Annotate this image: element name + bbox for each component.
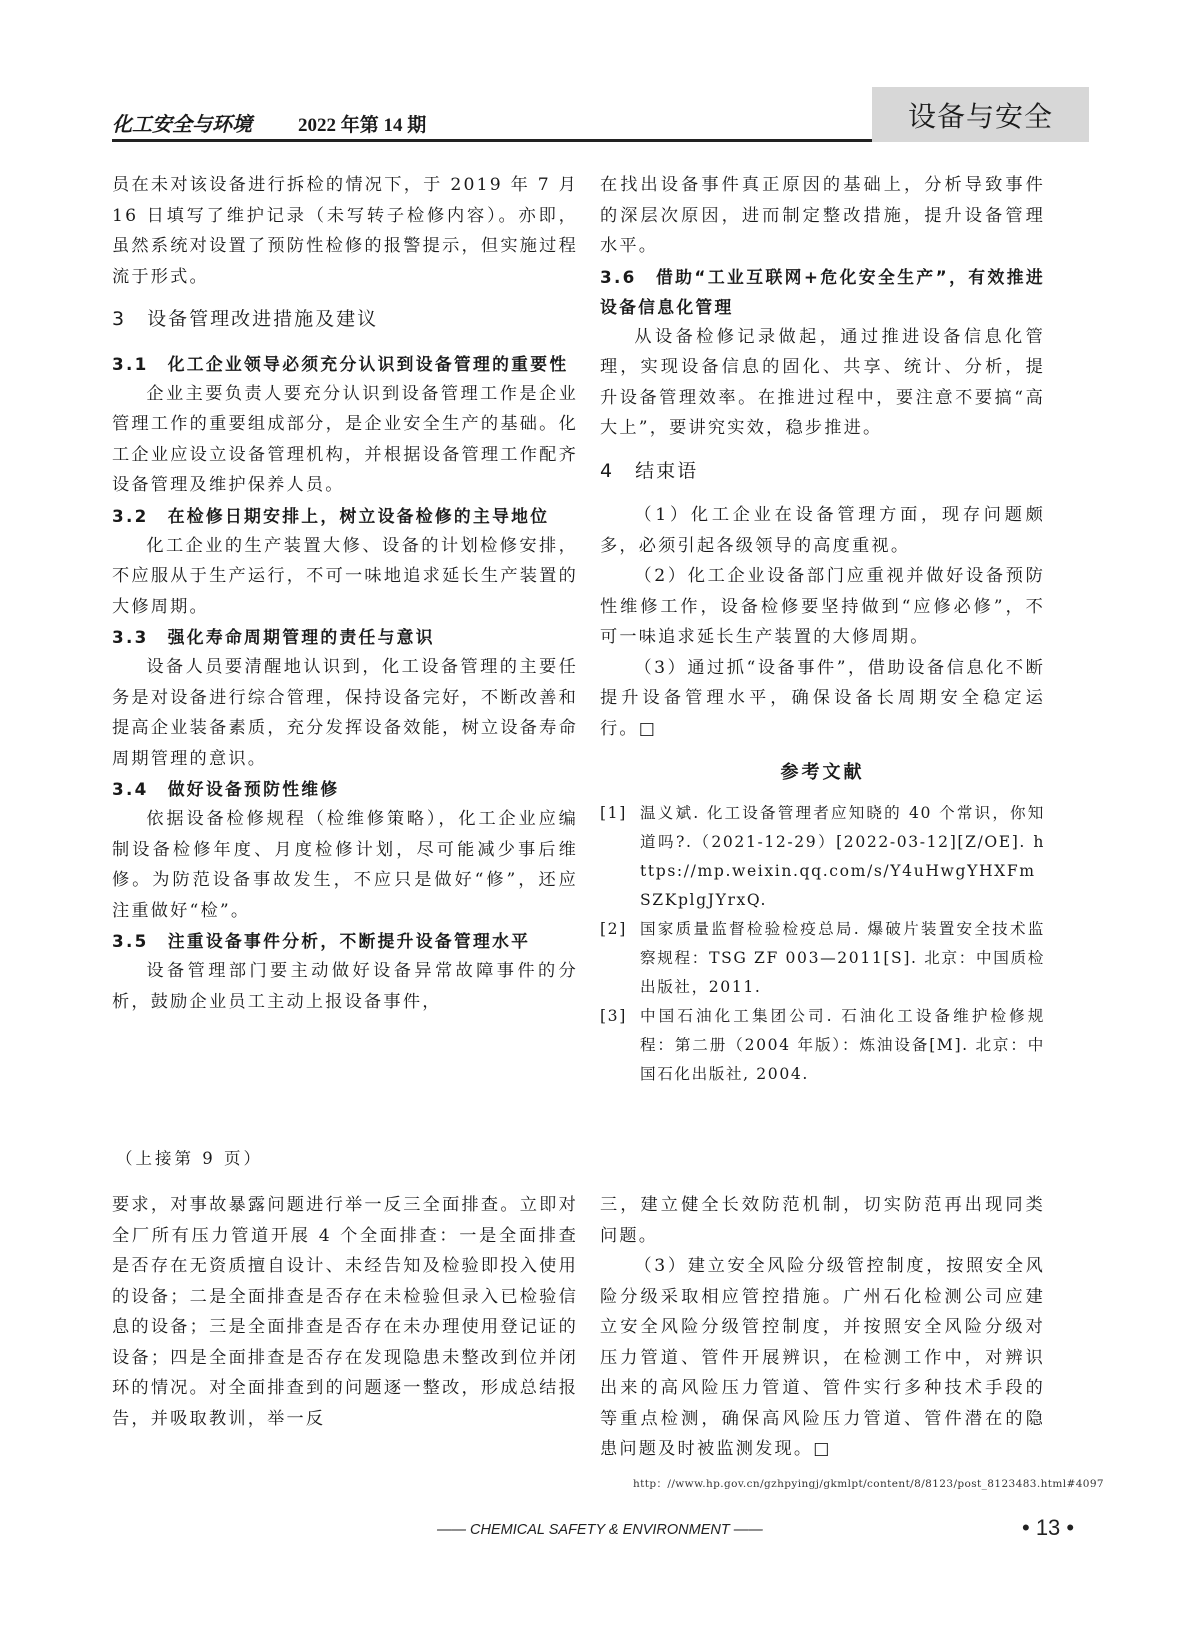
running-header: 化工安全与环境 2022 年第 14 期 — [112, 108, 872, 138]
paragraph: 员在未对该设备进行拆检的情况下，于 2019 年 7 月 16 日填写了维护记录… — [112, 170, 578, 292]
page-number: • 13 • — [1022, 1515, 1074, 1541]
paragraph: 在找出设备事件真正原因的基础上，分析导致事件的深层次原因，进而制定整改措施，提升… — [600, 170, 1045, 262]
source-url: http：//www.hp.gov.cn/gzhpyingj/gkmlpt/co… — [633, 1476, 1104, 1491]
reference-item: [3] 中国石油化工集团公司. 石油化工设备维护检修规程：第二册（2004 年版… — [600, 1002, 1045, 1089]
wavy-divider — [112, 1104, 1087, 1112]
right-column: 在找出设备事件真正原因的基础上，分析导致事件的深层次原因，进而制定整改措施，提升… — [600, 170, 1045, 1089]
reference-text: 国家质量监督检验检疫总局. 爆破片装置安全技术监察规程：TSG ZF 003—2… — [640, 915, 1045, 1002]
reference-text: 中国石油化工集团公司. 石油化工设备维护检修规程：第二册（2004 年版）：炼油… — [640, 1002, 1045, 1089]
left-column: 员在未对该设备进行拆检的情况下，于 2019 年 7 月 16 日填写了维护记录… — [112, 170, 578, 1017]
section-heading-3: 3 设备管理改进措施及建议 — [112, 304, 578, 335]
continuation-right-column: 三，建立健全长效防范机制，切实防范再出现同类问题。 （3）建立安全风险分级管控制… — [600, 1190, 1045, 1465]
reference-number: [3] — [600, 1002, 640, 1089]
paragraph: 设备人员要清醒地认识到，化工设备管理的主要任务是对设备进行综合管理，保持设备完好… — [112, 652, 578, 774]
paragraph: （3）建立安全风险分级管控制度，按照安全风险分级采取相应管控措施。广州石化检测公… — [600, 1251, 1045, 1465]
paragraph: 要求，对事故暴露问题进行举一反三全面排查。立即对全厂所有压力管道开展 4 个全面… — [112, 1190, 578, 1434]
journal-name: 化工安全与环境 — [112, 108, 252, 137]
paragraph: 三，建立健全长效防范机制，切实防范再出现同类问题。 — [600, 1190, 1045, 1251]
continuation-label: （上接第 9 页） — [116, 1145, 263, 1169]
subsection-heading-3-1: 3.1 化工企业领导必须充分认识到设备管理的重要性 — [112, 349, 578, 379]
conclusion-item-3: （3）通过抓“设备事件”，借助设备信息化不断提升设备管理水平，确保设备长周期安全… — [600, 653, 1045, 745]
wavy-divider — [112, 1114, 1087, 1122]
paragraph: 化工企业的生产装置大修、设备的计划检修安排，不应服从于生产运行，不可一味地追求延… — [112, 531, 578, 623]
subsection-heading-3-2: 3.2 在检修日期安排上，树立设备检修的主导地位 — [112, 501, 578, 531]
conclusion-item-1: （1）化工企业在设备管理方面，现存问题颇多，必须引起各级领导的高度重视。 — [600, 500, 1045, 561]
section-tag: 设备与安全 — [872, 87, 1089, 142]
paragraph: 设备管理部门要主动做好设备异常故障事件的分析，鼓励企业员工主动上报设备事件， — [112, 956, 578, 1017]
paragraph: 从设备检修记录做起，通过推进设备信息化管理，实现设备信息的固化、共享、统计、分析… — [600, 322, 1045, 444]
references-title: 参考文献 — [600, 758, 1045, 789]
reference-number: [1] — [600, 799, 640, 915]
reference-item: [2] 国家质量监督检验检疫总局. 爆破片装置安全技术监察规程：TSG ZF 0… — [600, 915, 1045, 1002]
subsection-heading-3-3: 3.3 强化寿命周期管理的责任与意识 — [112, 622, 578, 652]
subsection-heading-3-5: 3.5 注重设备事件分析，不断提升设备管理水平 — [112, 926, 578, 956]
footer-journal-name: —— CHEMICAL SAFETY & ENVIRONMENT —— — [437, 1522, 763, 1538]
paragraph: 依据设备检修规程（检维修策略），化工企业应编制设备检修年度、月度检修计划，尽可能… — [112, 804, 578, 926]
reference-item: [1] 温义斌. 化工设备管理者应知晓的 40 个常识，你知道吗?.（2021-… — [600, 799, 1045, 915]
continuation-left-column: 要求，对事故暴露问题进行举一反三全面排查。立即对全厂所有压力管道开展 4 个全面… — [112, 1190, 578, 1434]
section-heading-4: 4 结束语 — [600, 456, 1045, 487]
issue-label: 2022 年第 14 期 — [298, 110, 426, 137]
paragraph: 企业主要负责人要充分认识到设备管理工作是企业管理工作的重要组成部分，是企业安全生… — [112, 379, 578, 501]
reference-text: 温义斌. 化工设备管理者应知晓的 40 个常识，你知道吗?.（2021-12-2… — [640, 799, 1045, 915]
reference-number: [2] — [600, 915, 640, 1002]
subsection-heading-3-6: 3.6 借助“工业互联网+危化安全生产”，有效推进设备信息化管理 — [600, 262, 1045, 322]
conclusion-item-2: （2）化工企业设备部门应重视并做好设备预防性维修工作，设备检修要坚持做到“应修必… — [600, 561, 1045, 653]
subsection-heading-3-4: 3.4 做好设备预防性维修 — [112, 774, 578, 804]
header-rule — [112, 139, 872, 142]
